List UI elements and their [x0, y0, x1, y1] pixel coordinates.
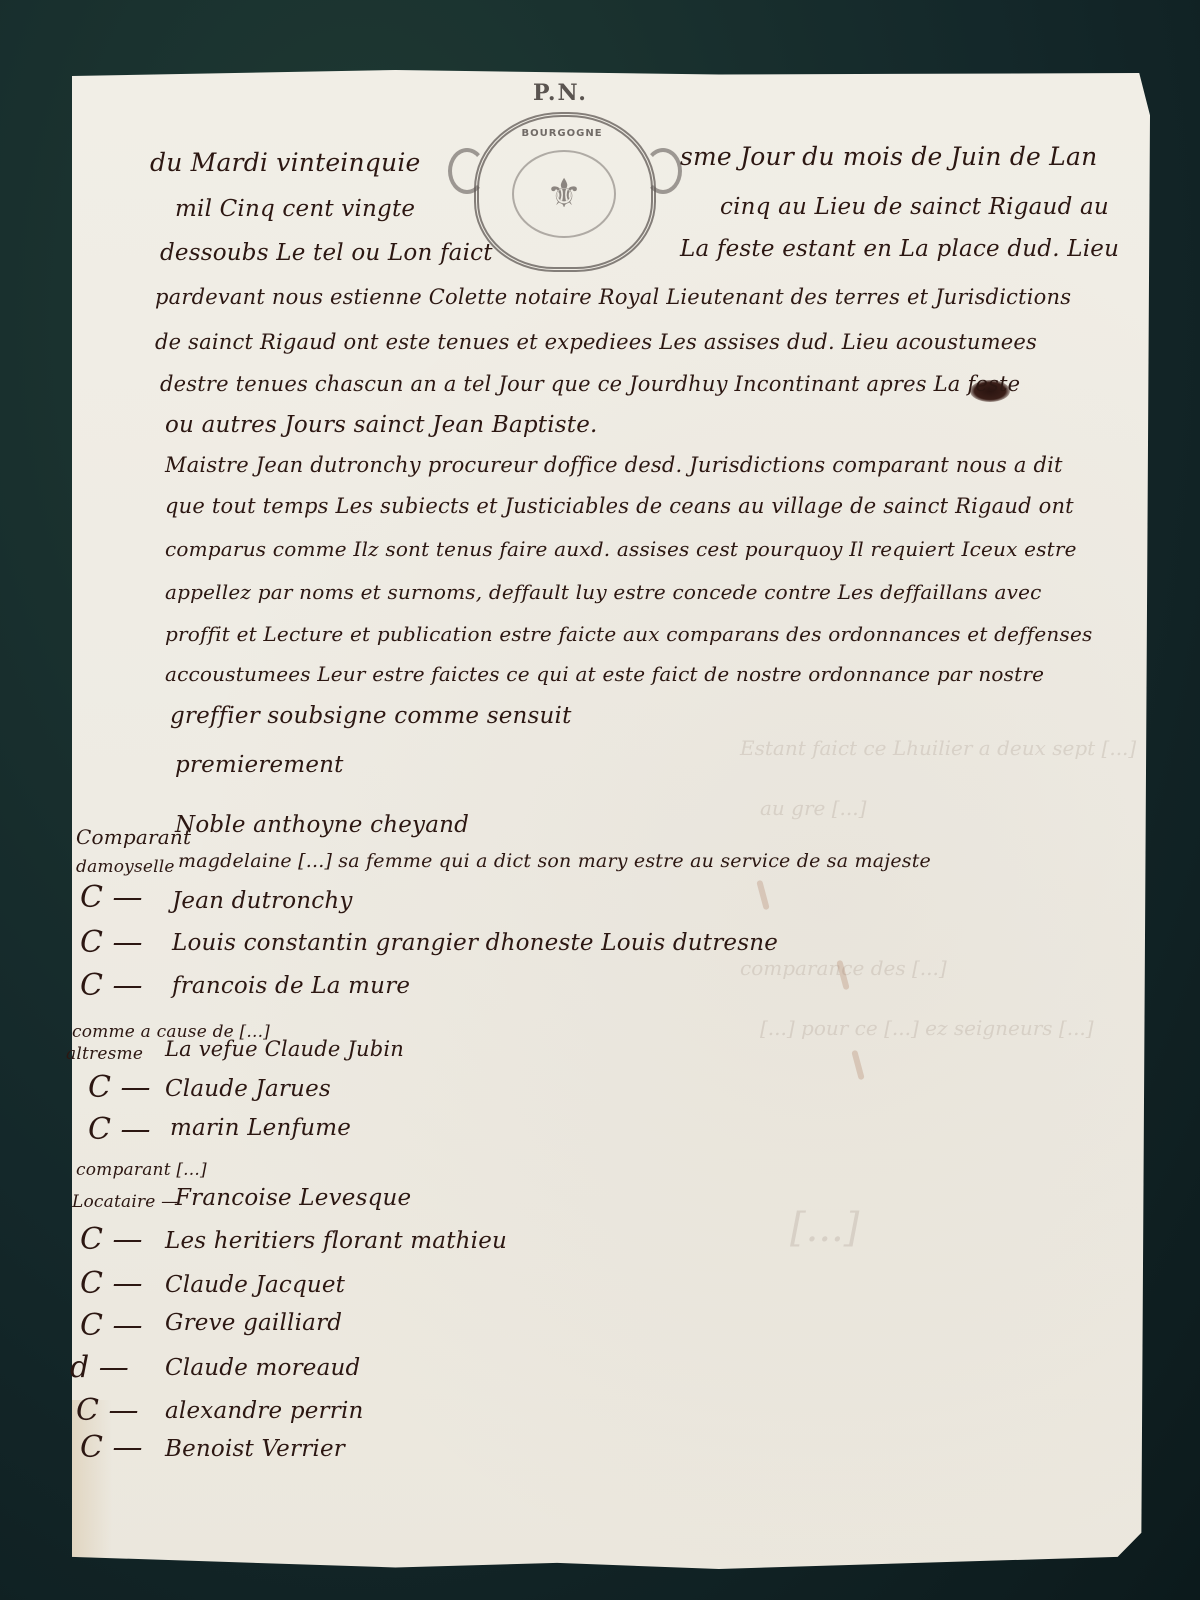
attendee-name: Jean dutronchy	[172, 888, 353, 914]
bleed-through-line: [...]	[790, 1210, 859, 1246]
body-line: cinq au Lieu de sainct Rigaud au	[720, 194, 1109, 220]
fleur-de-lis-icon: ⚜	[512, 150, 616, 238]
comparant-mark-icon: C —	[88, 1112, 151, 1147]
bleed-through-line: au gre [...]	[760, 790, 866, 826]
bleed-through-line: Estant faict ce Lhuilier a deux sept [..…	[740, 730, 1136, 766]
stamp-mark: P.N.	[533, 80, 588, 106]
margin-note: comparant [...]	[76, 1160, 207, 1180]
attendee-name: marin Lenfume	[170, 1115, 351, 1141]
body-line: ou autres Jours sainct Jean Baptiste.	[165, 412, 598, 438]
attendee-name: Claude moreaud	[165, 1355, 360, 1381]
body-line: premierement	[175, 752, 344, 778]
margin-note: Locataire —	[72, 1192, 178, 1212]
comparant-mark-icon: C —	[80, 968, 143, 1003]
attendee-name: La vefue Claude Jubin	[165, 1037, 404, 1061]
comparant-mark-icon: d —	[70, 1350, 129, 1385]
comparant-mark-icon: C —	[80, 925, 143, 960]
comparant-mark-icon: C —	[76, 1393, 139, 1428]
body-line: de sainct Rigaud ont este tenues et expe…	[155, 330, 1037, 354]
body-line: accoustumees Leur estre faictes ce qui a…	[165, 662, 1044, 686]
comparant-mark-icon: C —	[88, 1070, 151, 1105]
attendee-name: alexandre perrin	[165, 1398, 364, 1424]
bleed-through-line: [...] pour ce [...] ez seigneurs [...]	[760, 1010, 1094, 1046]
margin-note: damoyselle	[76, 857, 175, 877]
attendee-name: Claude Jarues	[165, 1076, 331, 1102]
body-line: Maistre Jean dutronchy procureur doffice…	[165, 453, 1063, 477]
body-line: que tout temps Les subiects et Justiciab…	[165, 494, 1074, 518]
attendee-name: Claude Jacquet	[165, 1272, 345, 1298]
scroll-ornament-icon	[448, 148, 486, 194]
stamp-legend: BOURGOGNE	[502, 128, 622, 139]
comparant-mark-icon: C —	[80, 1308, 143, 1343]
scroll-ornament-icon	[644, 148, 682, 194]
attendee-name: francois de La mure	[172, 973, 410, 999]
comparant-mark-icon: C —	[80, 1430, 143, 1465]
body-line: du Mardi vinteinquie	[150, 148, 421, 177]
attendee-name: Noble anthoyne cheyand	[175, 812, 469, 838]
comparant-mark-icon: C —	[80, 1222, 143, 1257]
attendee-name: Louis constantin grangier dhoneste Louis…	[172, 930, 778, 956]
attendee-name: magdelaine [...] sa femme qui a dict son…	[178, 850, 931, 872]
body-line: proffit et Lecture et publication estre …	[165, 622, 1092, 646]
attendee-name: Francoise Levesque	[175, 1185, 411, 1211]
body-line: destre tenues chascun an a tel Jour que …	[160, 372, 1020, 396]
attendee-name: Greve gailliard	[165, 1310, 342, 1336]
body-line: sme Jour du mois de Juin de Lan	[680, 142, 1097, 171]
body-line: pardevant nous estienne Colette notaire …	[155, 285, 1071, 309]
attendee-name: Les heritiers florant mathieu	[165, 1228, 507, 1254]
margin-note: Comparant	[76, 825, 191, 849]
body-line: comparus comme Ilz sont tenus faire auxd…	[165, 537, 1077, 561]
margin-note: altresme	[66, 1044, 143, 1064]
body-line: appellez par noms et surnoms, deffault l…	[165, 580, 1042, 604]
comparant-mark-icon: C —	[80, 880, 143, 915]
body-line: greffier soubsigne comme sensuit	[170, 703, 572, 729]
attendee-name: Benoist Verrier	[165, 1436, 345, 1462]
body-line: mil Cinq cent vingte	[175, 196, 415, 222]
body-line: dessoubs Le tel ou Lon faict	[160, 240, 493, 266]
body-line: La feste estant en La place dud. Lieu	[680, 236, 1119, 262]
comparant-mark-icon: C —	[80, 1266, 143, 1301]
